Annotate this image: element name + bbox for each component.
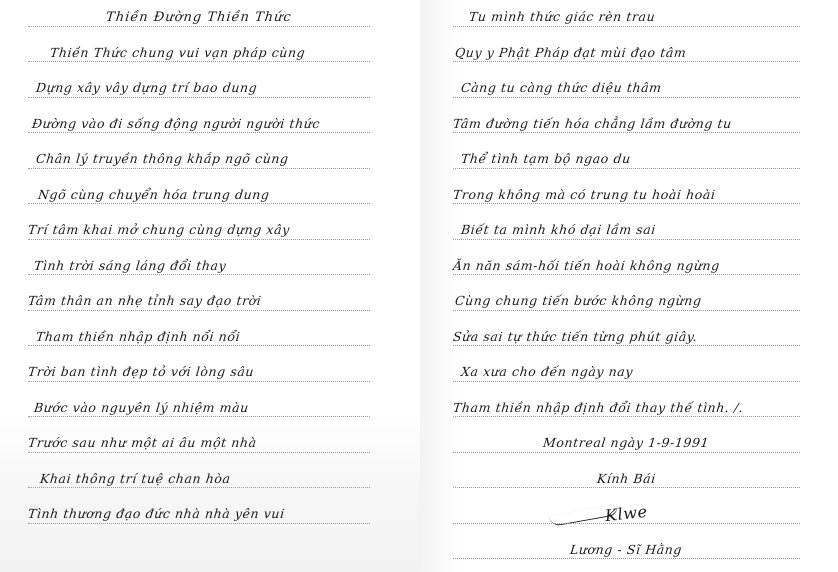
verse-line: Tu mình thức giác rèn trau bbox=[453, 0, 800, 27]
verse-text: Thể tình tạm bộ ngao du bbox=[460, 152, 631, 166]
verse-line: Sửa sai tự thức tiến từng phút giây. bbox=[453, 311, 800, 347]
verse-line: Dựng xây vây dựng trí bao dung bbox=[28, 62, 370, 98]
verse-text: Tham thiền nhập định nổi nổi bbox=[35, 330, 241, 344]
verse-text: Càng tu càng thức diệu thâm bbox=[460, 81, 662, 95]
verse-line: Biết ta mình khó dại lầm sai bbox=[453, 204, 800, 240]
verse-text: Sửa sai tự thức tiến từng phút giây. bbox=[452, 330, 698, 344]
verse-text: Quy y Phật Pháp đạt mùi đạo tâm bbox=[454, 46, 687, 60]
place-date: Montreal ngày 1-9-1991 bbox=[543, 436, 711, 450]
verse-line: Trước sau như một ai âu một nhà bbox=[28, 417, 370, 453]
verse-line: Tâm thân an nhẹ tỉnh say đạo trời bbox=[28, 275, 370, 311]
verse-text: Trong không mà có trung tu hoài hoài bbox=[452, 188, 716, 202]
signature-line: Klwe bbox=[453, 488, 800, 524]
verse-line: Trí tâm khai mở chung cùng dựng xây bbox=[28, 204, 370, 240]
salutation-line: Kính Bái bbox=[453, 453, 800, 489]
verse-line: Bước vào nguyên lý nhiệm màu bbox=[28, 382, 370, 418]
verse-text: Bước vào nguyên lý nhiệm màu bbox=[33, 401, 249, 415]
verse-line: Trời ban tình đẹp tỏ với lòng sâu bbox=[28, 346, 370, 382]
salutation: Kính Bái bbox=[596, 472, 656, 486]
ruled-line bbox=[453, 558, 800, 559]
verse-text: Đường vào đi sống động người người thức bbox=[31, 117, 321, 131]
left-page: Thiền Đường Thiền Thức Thiền Thức chung … bbox=[0, 0, 420, 572]
verse-line: Thể tình tạm bộ ngao du bbox=[453, 133, 800, 169]
verse-text: Tâm đường tiến hóa chẳng lầm đường tu bbox=[452, 117, 732, 131]
verse-text: Chân lý truyền thông khắp ngõ cùng bbox=[35, 152, 289, 166]
verse-text: Thiền Thức chung vui vạn pháp cùng bbox=[49, 46, 306, 60]
verse-line: Tham thiền nhập định nổi nổi bbox=[28, 311, 370, 347]
verse-text: Biết ta mình khó dại lầm sai bbox=[460, 223, 656, 237]
verse-line: Xa xưa cho đến ngày nay bbox=[453, 346, 800, 382]
verse-text: Ngõ cùng chuyển hóa trung dung bbox=[37, 188, 270, 202]
verse-text: Ăn năn sám-hối tiến hoài không ngừng bbox=[452, 259, 720, 273]
author-name: Lương - Sĩ Hằng bbox=[570, 543, 684, 557]
verse-line: Khai thông trí tuệ chan hòa bbox=[28, 453, 370, 489]
verse-line: Ăn năn sám-hối tiến hoài không ngừng bbox=[453, 240, 800, 276]
verse-line: Ngõ cùng chuyển hóa trung dung bbox=[28, 169, 370, 205]
verse-text: Trí tâm khai mở chung cùng dựng xây bbox=[27, 223, 290, 237]
verse-text: Tham thiền nhập định đổi thay thế tình. … bbox=[452, 401, 744, 415]
verse-line: Trong không mà có trung tu hoài hoài bbox=[453, 169, 800, 205]
verse-text: Tâm thân an nhẹ tỉnh say đạo trời bbox=[27, 294, 262, 308]
verse-line: Đường vào đi sống động người người thức bbox=[28, 98, 370, 134]
poem-title-line: Thiền Đường Thiền Thức bbox=[28, 0, 370, 27]
verse-text: Dựng xây vây dựng trí bao dung bbox=[35, 81, 258, 95]
place-date-line: Montreal ngày 1-9-1991 bbox=[453, 417, 800, 453]
author-line: Lương - Sĩ Hằng bbox=[453, 524, 800, 560]
verse-line: Tham thiền nhập định đổi thay thế tình. … bbox=[453, 382, 800, 418]
verse-text: Khai thông trí tuệ chan hòa bbox=[39, 472, 231, 486]
verse-text: Tình trời sáng láng đổi thay bbox=[33, 259, 227, 273]
verse-line: Cùng chung tiến bước không ngừng bbox=[453, 275, 800, 311]
verse-text: Trước sau như một ai âu một nhà bbox=[27, 436, 257, 450]
verse-line: Tình thương đạo đức nhà nhà yên vui bbox=[28, 488, 370, 524]
verse-text: Tu mình thức giác rèn trau bbox=[468, 10, 656, 24]
verse-text: Trời ban tình đẹp tỏ với lòng sâu bbox=[27, 365, 255, 379]
right-page: Tu mình thức giác rèn trau Quy y Phật Ph… bbox=[420, 0, 838, 572]
verse-text: Tình thương đạo đức nhà nhà yên vui bbox=[27, 507, 285, 521]
verse-line: Tình trời sáng láng đổi thay bbox=[28, 240, 370, 276]
verse-line: Chân lý truyền thông khắp ngõ cùng bbox=[28, 133, 370, 169]
poem-title: Thiền Đường Thiền Thức bbox=[105, 11, 292, 25]
verse-line: Quy y Phật Pháp đạt mùi đạo tâm bbox=[453, 27, 800, 63]
verse-line: Thiền Thức chung vui vạn pháp cùng bbox=[28, 27, 370, 63]
verse-text: Cùng chung tiến bước không ngừng bbox=[454, 294, 702, 308]
verse-line: Càng tu càng thức diệu thâm bbox=[453, 62, 800, 98]
verse-line: Tâm đường tiến hóa chẳng lầm đường tu bbox=[453, 98, 800, 134]
verse-text: Xa xưa cho đến ngày nay bbox=[460, 365, 634, 379]
scanned-manuscript-spread: Thiền Đường Thiền Thức Thiền Thức chung … bbox=[0, 0, 838, 572]
ruled-line bbox=[28, 523, 370, 524]
